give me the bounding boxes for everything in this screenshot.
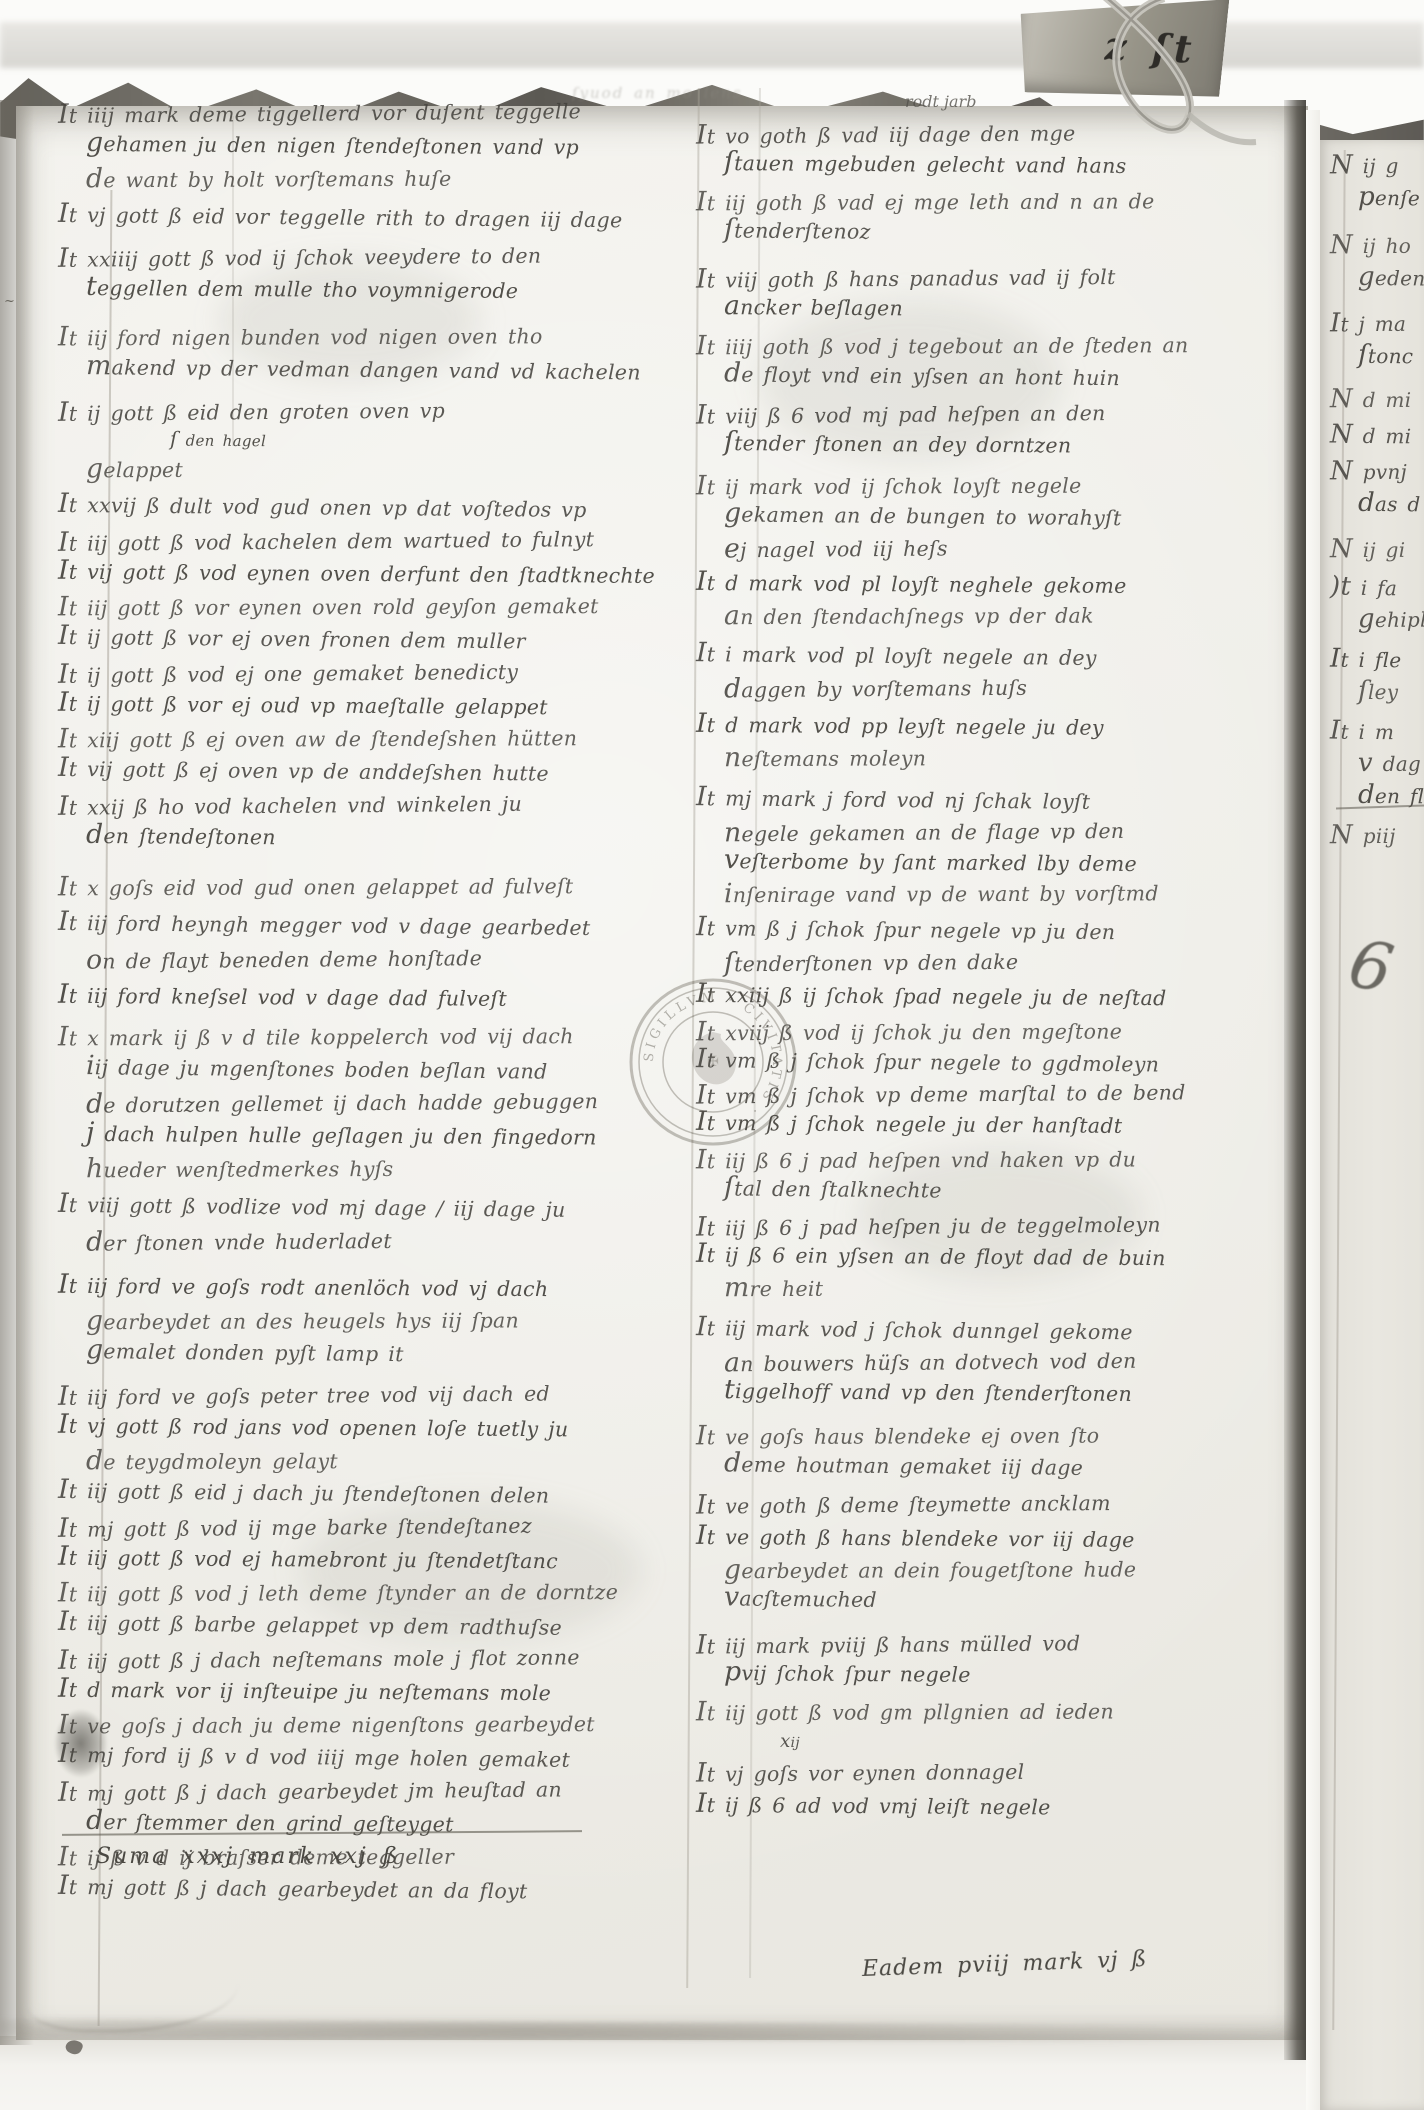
manuscript-line: hueder wenſtedmerkes hyſs	[58, 1151, 710, 1187]
manuscript-line: It iij ß 6 j pad heſpen ju de teggelmole…	[696, 1207, 1302, 1243]
stray-pen-mark: ~	[4, 294, 20, 306]
manuscript-line: It iiij mark deme tiggellerd vor duſent …	[58, 93, 710, 132]
manuscript-line: It iij mark pviij ß hans mülled vod	[696, 1625, 1302, 1661]
manuscript-line: ancker beſlagen	[696, 291, 1302, 326]
manuscript-line: gearbeydet an des heugels hys iij ſpan	[58, 1303, 710, 1339]
manuscript-line: It x mark ij ß v d tile koppelerch vod v…	[58, 1019, 710, 1055]
manuscript-line: tiggelhoff vand vp den ſtenderſtonen	[696, 1375, 1302, 1410]
manuscript-line: vacſtemuched	[696, 1582, 1302, 1619]
manuscript-line: an bouwers hüſs an dotvech vod den	[696, 1343, 1302, 1379]
manuscript-line: It vj gott ß eid vor teggelle rith to dr…	[58, 198, 710, 237]
manuscript-line-partial: ſtonc	[1330, 340, 1424, 373]
manuscript-line: It vo goth ß vad iij dage den mge	[696, 115, 1302, 151]
manuscript-line: pvij ſchok ſpur negele	[696, 1657, 1302, 1692]
manuscript-line: It ij ß 6 ad vod vmj leiſt negele	[696, 1789, 1302, 1824]
manuscript-line: It d mark vod pl loyſt neghele gekome	[696, 567, 1302, 602]
manuscript-line: j dach hulpen hulle geſlagen ju den fing…	[58, 1117, 710, 1155]
manuscript-line: It iij gott ß vod gm pllgnien ad ieden	[696, 1695, 1302, 1729]
manuscript-line-partial: It i fle	[1330, 644, 1424, 677]
manuscript-line-partial: N ij gi	[1330, 534, 1424, 566]
manuscript-line-partial: It j ma	[1330, 308, 1424, 341]
page-left-edge-shadow	[0, 100, 34, 2045]
manuscript-line: gearbeydet an dein fougetſtone hude	[696, 1553, 1302, 1587]
left-column: It iiij mark deme tiggellerd vor duſent …	[58, 96, 710, 1906]
manuscript-line-partial: It i m	[1330, 716, 1424, 749]
manuscript-line-partial: )t i fa	[1330, 572, 1424, 605]
manuscript-line: It iij ford ve goſs peter tree vod vij d…	[58, 1375, 710, 1414]
manuscript-line: It iij gott ß vod kachelen dem wartued t…	[58, 521, 710, 560]
manuscript-line: It mj gott ß vod ij mge barke ſtendeſtan…	[58, 1507, 710, 1546]
manuscript-line-partial: N d mi	[1330, 420, 1424, 453]
manuscript-line: It ve goth ß deme ſteymette ancklam	[696, 1485, 1302, 1521]
manuscript-line: It iij ford nigen bunden vod nigen oven …	[58, 319, 710, 355]
manuscript-line: teggellen dem mulle tho voymnigerode	[58, 271, 710, 309]
manuscript-line: It xviij ß vod ij ſchok ju den mgeſtone	[696, 1015, 1302, 1049]
manuscript-line: inſenirage vand vp de want by vorſtmd	[696, 877, 1302, 911]
manuscript-line: negele gekamen an de flage vp den	[696, 813, 1302, 849]
manuscript-line: It ij mark vod ij ſchok loyſt negele	[696, 469, 1302, 503]
manuscript-line: It viij goth ß hans panadus vad ij folt	[696, 259, 1302, 295]
manuscript-line: de want by holt vorſtemans huſe	[58, 161, 710, 197]
manuscript-line: It iiij goth ß vod j tegebout an de ſted…	[696, 329, 1302, 363]
manuscript-line: It xxiiij gott ß vod ij ſchok veeydere t…	[58, 237, 710, 276]
manuscript-line-partial: N ij g	[1330, 150, 1424, 183]
manuscript-line: gemalet donden pyſt lamp it	[58, 1334, 710, 1373]
manuscript-line: It ij gott ß vod ej one gemaket benedict…	[58, 653, 710, 692]
manuscript-line: der ſtemmer den grind geſteyget	[58, 1805, 710, 1843]
manuscript-line: mre heit	[696, 1271, 1302, 1305]
manuscript-line-partial: penſe	[1330, 182, 1424, 215]
manuscript-line: ſtauen mgebuden gelecht vand hans	[696, 147, 1302, 182]
manuscript-line: daggen by vorſtemans huſs	[696, 669, 1302, 705]
manuscript-line-partial: N pvnj	[1330, 456, 1424, 489]
manuscript-line-partial: das d	[1330, 488, 1424, 521]
left-column-sum: Suma xxxj mark xxj ß	[96, 1844, 399, 1869]
manuscript-line: It iij ß 6 j pad heſpen vnd haken vp du	[696, 1143, 1302, 1177]
manuscript-line: It iij ford kneſsel vod v dage dad fulve…	[58, 979, 710, 1017]
manuscript-line: It iij gott ß vor eynen oven rold geyſon…	[58, 589, 710, 625]
underlying-page-strip	[0, 2036, 1424, 2110]
manuscript-line-partial: N piij	[1330, 820, 1424, 852]
manuscript-line: de dorutzen gellemet ij dach hadde gebug…	[58, 1083, 710, 1122]
manuscript-line: It x goſs eid vod gud onen gelappet ad f…	[58, 869, 710, 905]
manuscript-line-partial: geden	[1330, 262, 1424, 295]
manuscript-line: It xxij ß ho vod kachelen vnd winkelen j…	[58, 785, 710, 824]
manuscript-line: It mj gott ß j dach gearbeydet jm heuſta…	[58, 1771, 710, 1810]
manuscript-line: It ij gott ß vor ej oud vp maeſtalle gel…	[58, 687, 710, 725]
manuscript-line: It vm ß j ſchok vp deme marſtal to de be…	[696, 1075, 1302, 1111]
manuscript-line: ſtenderſtonen vp den dake	[696, 943, 1302, 979]
manuscript-line: It ve goth ß hans blendeke vor iij dage	[696, 1521, 1302, 1556]
right-column: It vo goth ß vad iij dage den mgeſtauen …	[696, 118, 1302, 1822]
manuscript-line: It viij ß 6 vod mj pad heſpen an den	[696, 395, 1302, 431]
manuscript-line: It ve goſs j dach ju deme nigenſtons gea…	[58, 1707, 710, 1743]
manuscript-line: veſterbome by ſant marked lby deme	[696, 845, 1302, 880]
manuscript-line: deme houtman gemaket iij dage	[696, 1448, 1302, 1485]
manuscript-line: It vj gott ß rod jans vod openen loſe tu…	[58, 1409, 710, 1447]
manuscript-line-partial: v dag	[1330, 748, 1424, 781]
manuscript-line: den ſtendeſtonen	[58, 819, 710, 857]
manuscript-line-partial: gehipl	[1330, 604, 1424, 637]
manuscript-line: It vij gott ß vod eynen oven derfunt den…	[58, 555, 710, 593]
ink-blot	[52, 1702, 124, 1794]
manuscript-line: It vm ß j ſchok negele ju der hanſtadt	[696, 1107, 1302, 1142]
right-column-header: rodt jarb	[905, 92, 976, 111]
manuscript-line: It iij ford ve goſs rodt anenlöch vod vj…	[58, 1269, 710, 1307]
manuscript-line: It xxiij ß ij ſchok ſpad negele ju de ne…	[696, 979, 1302, 1014]
manuscript-line: ſtender ſtonen an dey dorntzen	[696, 427, 1302, 462]
manuscript-line: It iij gott ß vod j leth deme ſtynder an…	[58, 1575, 710, 1611]
manuscript-line: de teygdmoleyn gelayt	[58, 1443, 710, 1479]
manuscript-line-partial: ſley	[1330, 676, 1424, 708]
manuscript-line-partial: N ij ho	[1330, 230, 1424, 262]
manuscript-line: on de flayt beneden deme honſtade	[58, 939, 710, 978]
manuscript-line: der ſtonen vnde huderladet	[58, 1221, 710, 1260]
manuscript-line: ej nagel vod iij heſs	[696, 529, 1302, 565]
manuscript-line: makend vp der vedman dangen vand vd kach…	[58, 350, 710, 389]
manuscript-line: an den ſtendachſnegs vp der dak	[696, 599, 1302, 633]
manuscript-scan: { "scan": { "tab_label": "z ſt", "right_…	[0, 0, 1424, 2110]
manuscript-line: It ve goſs haus blendeke ej oven ſto	[696, 1419, 1302, 1453]
manuscript-line: It ij ß 6 ein yſsen an de floyt dad de b…	[696, 1239, 1302, 1274]
manuscript-line: gehamen ju den nigen ſtendeſtonen vand v…	[58, 127, 710, 165]
manuscript-line: It d mark vor ij inſteuipe ju neſtemans …	[58, 1673, 710, 1711]
manuscript-line: It xiij gott ß ej oven aw de ſtendeſshen…	[58, 721, 710, 757]
manuscript-line: It iij gott ß j dach neſtemans mole j fl…	[58, 1639, 710, 1678]
manuscript-line: It iij gott ß vod ej hamebront ju ſtende…	[58, 1541, 710, 1579]
manuscript-line: It d mark vod pp leyſt negele ju dey	[696, 709, 1302, 744]
manuscript-line: It vj goſs vor eynen donnagel	[696, 1753, 1302, 1789]
manuscript-line: gelappet	[58, 451, 710, 487]
manuscript-line: ſtenderſtenoz	[696, 214, 1302, 251]
page-edge-highlight	[1306, 110, 1320, 2110]
manuscript-line: It iij goth ß vad ej mge leth and n an d…	[696, 185, 1302, 219]
manuscript-line: It mj gott ß j dach gearbeydet an da flo…	[58, 1870, 710, 1909]
next-page-column: N ij gpenſeN ij hogedenIt j maſtoncN d m…	[1330, 150, 1424, 852]
manuscript-line: neſtemans moleyn	[696, 741, 1302, 775]
manuscript-line: ſtal den ſtalknechte	[696, 1172, 1302, 1209]
manuscript-line: de floyt vnd ein yſsen an hont huin	[696, 358, 1302, 395]
manuscript-line-partial: N d mi	[1330, 384, 1424, 416]
